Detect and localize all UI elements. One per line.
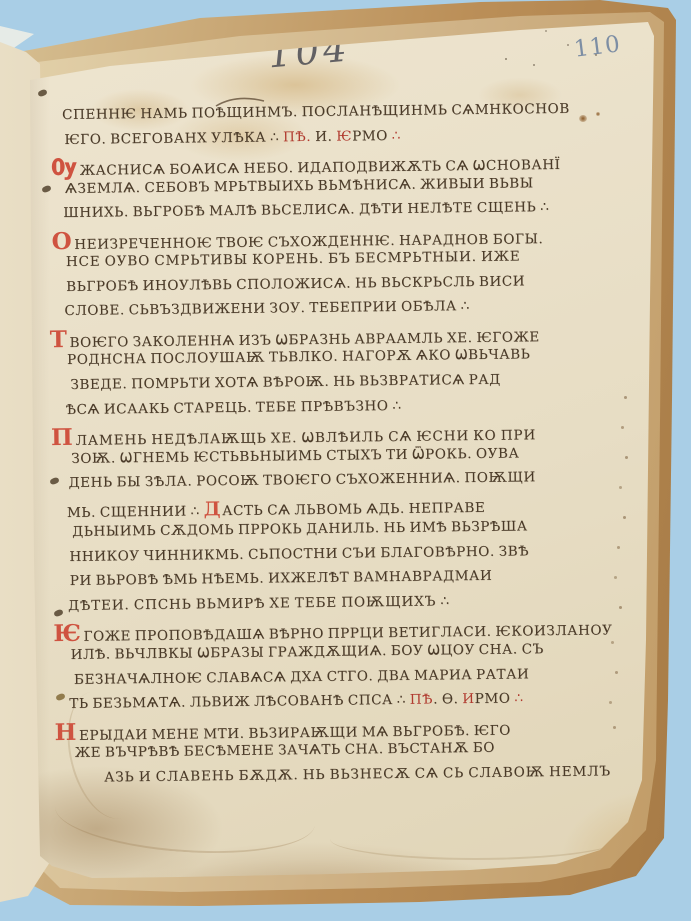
- text-block: спеннѥ намь поѣщинмъ. посланѣщинмь сѧмнк…: [64, 100, 630, 794]
- rubric-initial: о: [51, 228, 72, 255]
- sewing-notch: [53, 609, 64, 618]
- text-segment: рмо: [352, 128, 392, 144]
- text-segment: пѣ: [410, 692, 433, 708]
- sewing-notch: [37, 89, 48, 98]
- ruling-prick-holes: [624, 396, 627, 399]
- rubric-initial: п: [51, 424, 74, 451]
- rubric-initial: ѹ: [51, 154, 78, 181]
- sewing-notch: [41, 185, 52, 194]
- text-segment: пѣ.: [283, 128, 315, 144]
- text-segment: ∴: [514, 691, 523, 707]
- text-segment: ѥго. всегованх улѣка ∴: [64, 129, 283, 148]
- parchment-wrinkle: [330, 818, 620, 860]
- ink-specks: [505, 58, 507, 60]
- manuscript-photo: 104 110 спеннѥ намь поѣщинмъ. посланѣщин…: [0, 0, 691, 921]
- rubric-initial: т: [50, 326, 68, 353]
- text-segment: и.: [315, 128, 336, 144]
- text-segment: ∴: [392, 127, 401, 143]
- page-number-pencil: 110: [573, 31, 623, 63]
- sewing-notch: [55, 693, 66, 702]
- rubric-initial: ѥ: [53, 620, 81, 647]
- text-segment: ѣсѧ исаакь старець. тебе прѣвъзно ∴: [66, 397, 402, 417]
- text-segment: рмо: [475, 691, 515, 707]
- text-segment: асть сѧ львомь ѧдь. неправе: [222, 500, 485, 519]
- text-segment: мь. сщеннии ∴: [67, 503, 204, 521]
- parchment-page: 104 110 спеннѥ намь поѣщинмъ. посланѣщин…: [0, 0, 691, 921]
- text-segment: ѥ: [336, 128, 352, 144]
- text-segment: и: [462, 691, 475, 707]
- stain-spot: [596, 112, 600, 116]
- stain-spot: [579, 115, 587, 122]
- text-segment: дѣтеи. спснь вьмирѣ хе тебе поѭщихъ ∴: [68, 593, 450, 614]
- sewing-notch: [49, 477, 60, 486]
- rubric-initial: д: [204, 498, 222, 520]
- text-segment: спеннѥ намь поѣщинмъ. посланѣщинмь сѧмнк…: [62, 101, 570, 123]
- text-segment: . ѳ.: [433, 691, 462, 707]
